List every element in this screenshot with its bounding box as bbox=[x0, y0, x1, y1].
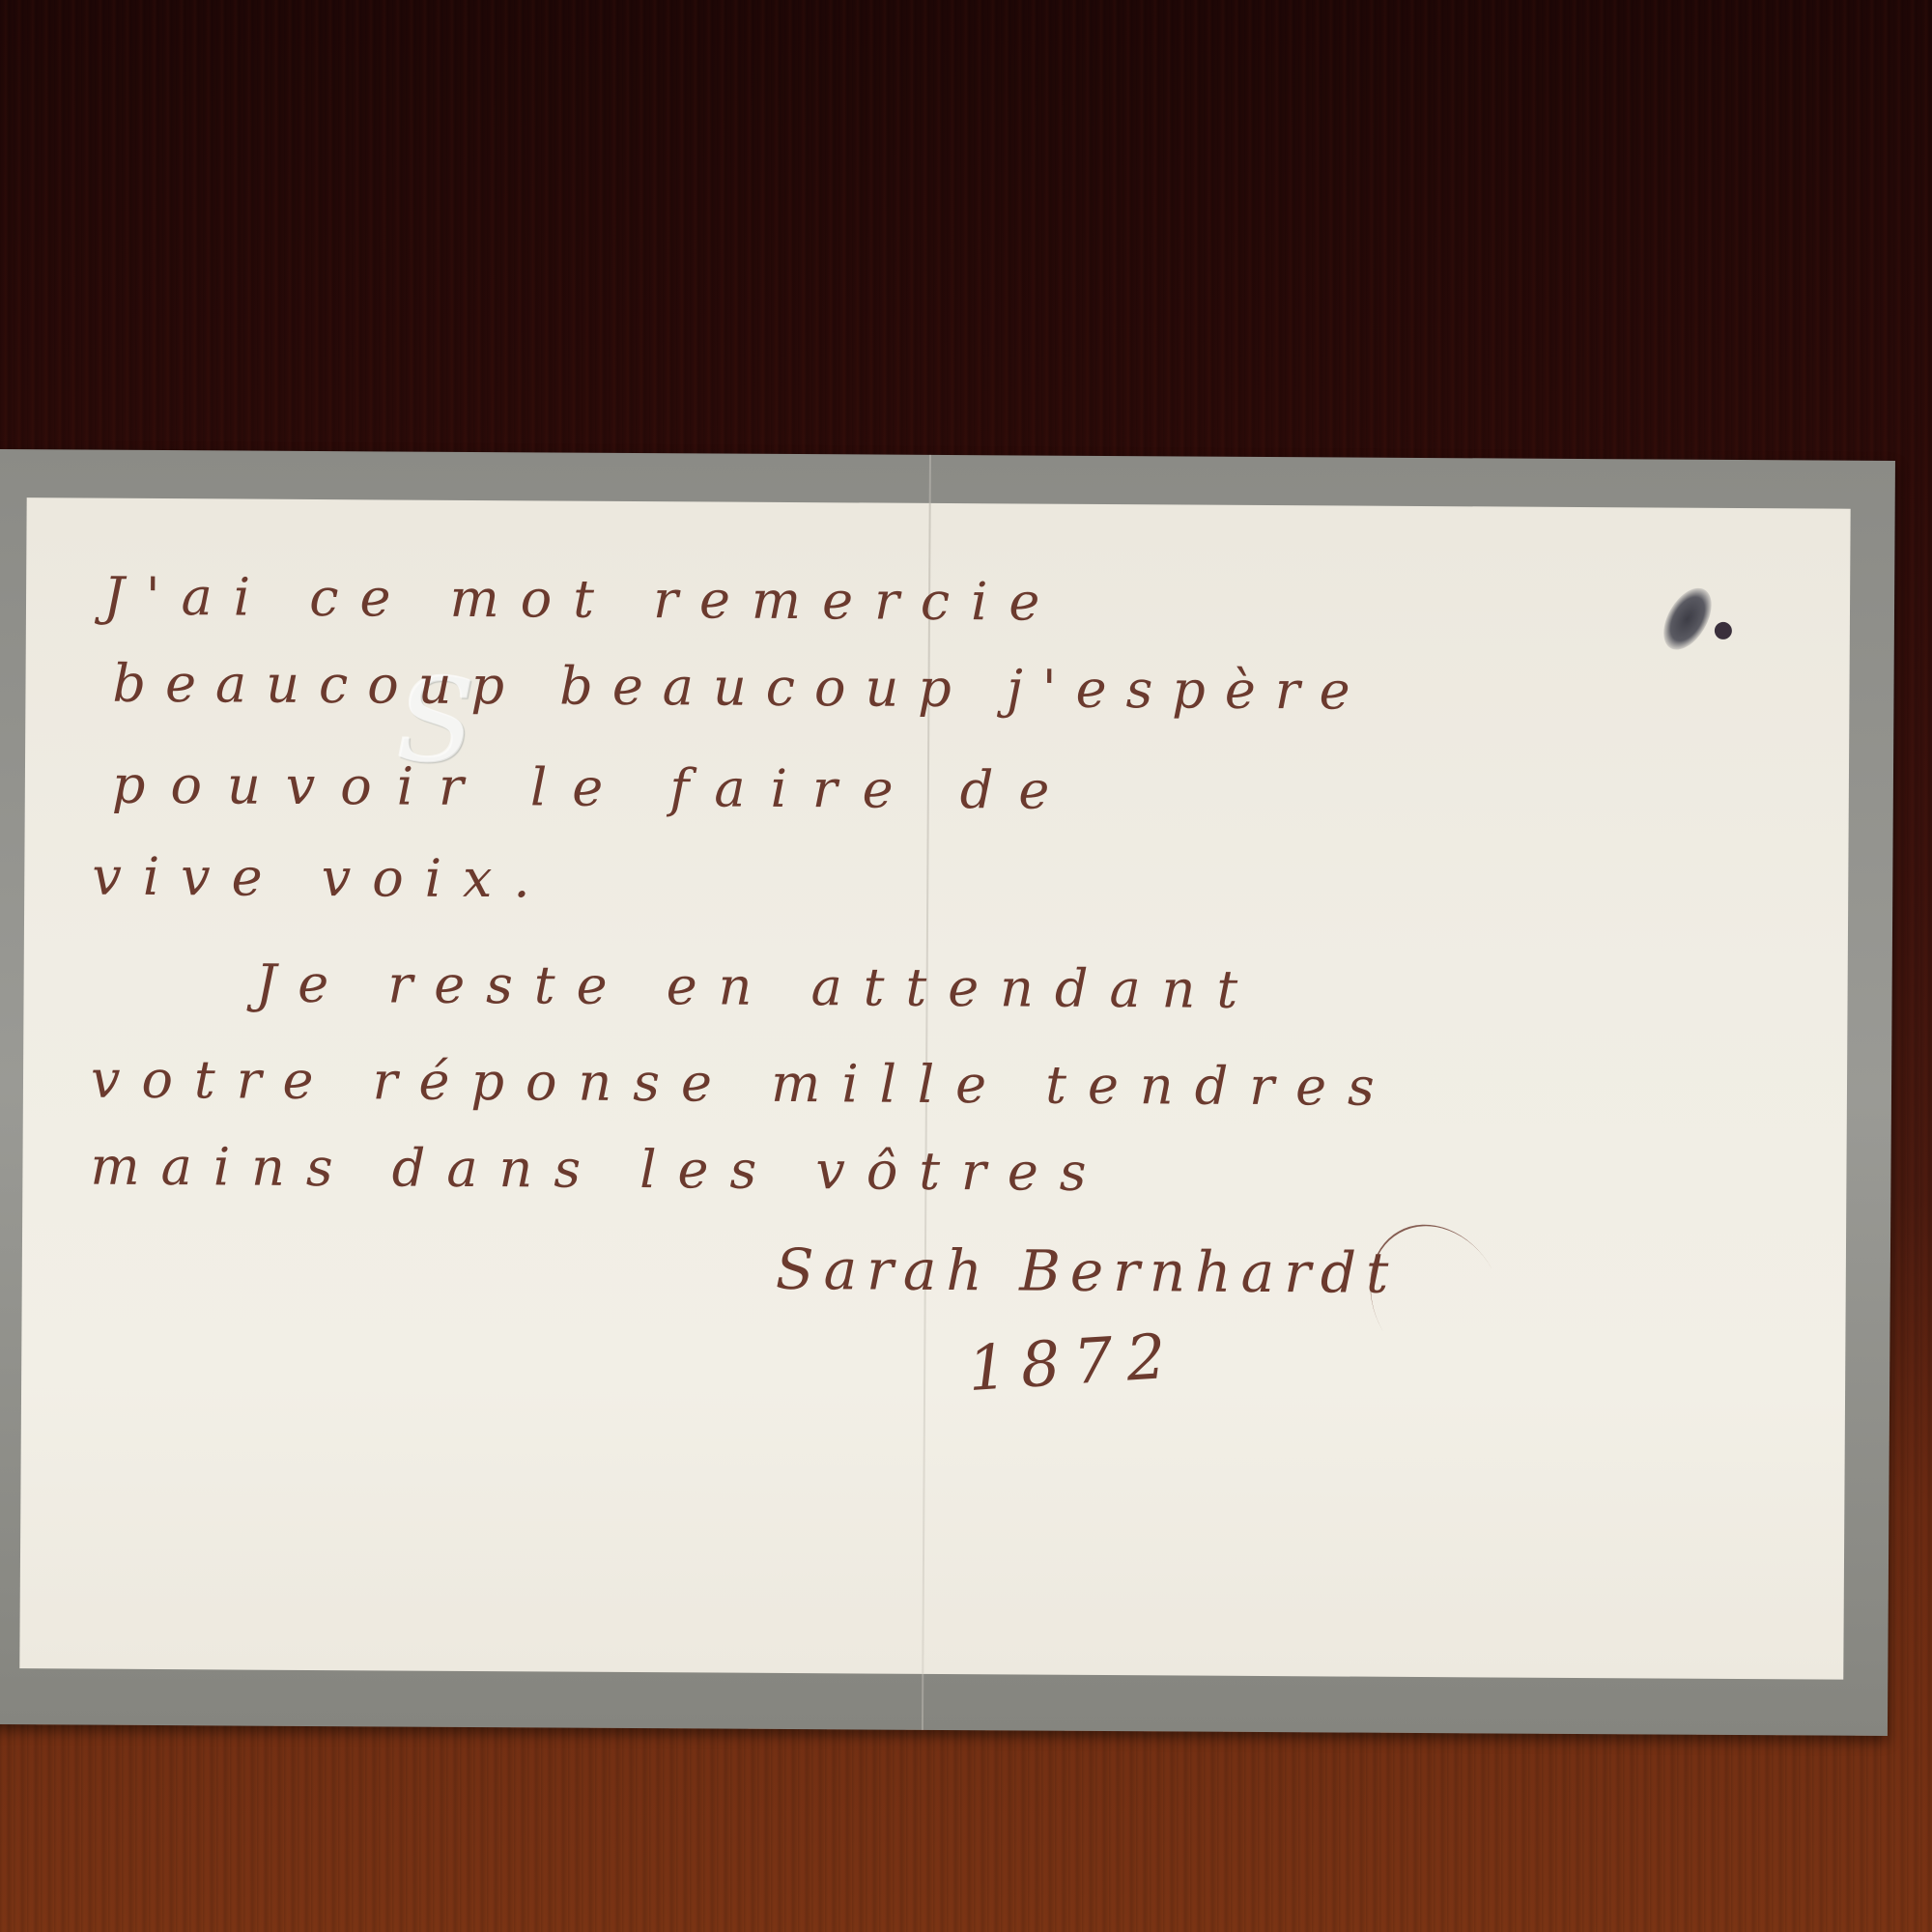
letter-line-7: mains dans les vôtres bbox=[90, 1136, 1107, 1203]
letter-line-1: J'ai ce mot remercie bbox=[103, 566, 1062, 633]
letter-line-4: vive voix. bbox=[92, 846, 552, 910]
letter-paper: S J'ai ce mot remercie beaucoup beaucoup… bbox=[19, 497, 1850, 1680]
letter-line-2: beaucoup beaucoup j'espère bbox=[112, 653, 1369, 722]
letter-line-3: pouvoir le faire de bbox=[112, 754, 1075, 821]
ink-dot bbox=[1715, 622, 1732, 639]
letter-date: 1872 bbox=[966, 1321, 1181, 1406]
letter-mount: S J'ai ce mot remercie beaucoup beaucoup… bbox=[0, 449, 1895, 1736]
signature: Sarah Bernhardt bbox=[776, 1236, 1399, 1306]
ink-blot bbox=[1654, 580, 1721, 658]
letter-line-6: votre réponse mille tendres bbox=[91, 1049, 1396, 1118]
letter-line-5: Je reste en attendant bbox=[255, 953, 1259, 1020]
